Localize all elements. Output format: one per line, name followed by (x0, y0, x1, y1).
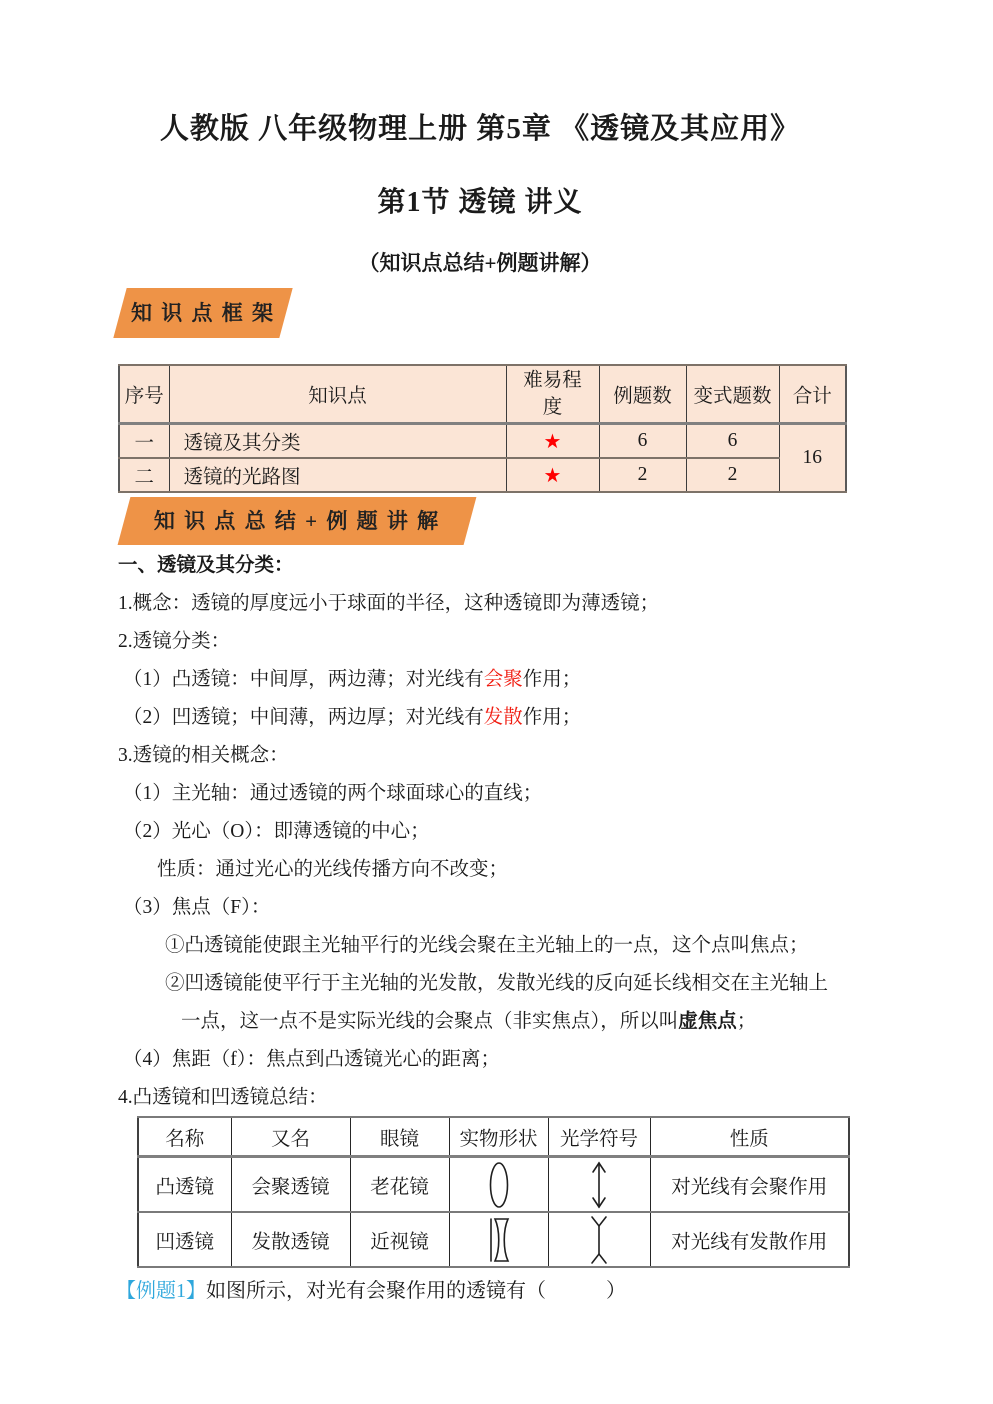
table-header-row: 序号 知识点 难易程度 例题数 变式题数 合计 (119, 365, 846, 424)
text-segment: 4.凸透镜和凹透镜总结： (118, 1081, 328, 1109)
row-examples: 6 (599, 424, 686, 459)
lens-property: 对光线有会聚作用 (650, 1157, 849, 1213)
row-variants: 6 (686, 424, 779, 459)
lens-glasses: 老花镜 (350, 1157, 449, 1213)
lens-name: 凹透镜 (138, 1212, 231, 1267)
body-line-13: 一点，这一点不是实际光线的会聚点（非实焦点），所以叫虚焦点； (118, 1000, 858, 1038)
column-header-examples: 例题数 (599, 365, 686, 424)
body-line-6: 3.透镜的相关概念： (118, 734, 858, 772)
lens-glasses: 近视镜 (350, 1212, 449, 1267)
text-segment: 1.概念：透镜的厚度远小于球面的半径，这种透镜即为薄透镜； (118, 587, 659, 615)
column-header-difficulty: 难易程度 (506, 365, 599, 424)
highlight-red-text: 发散 (484, 701, 523, 729)
knowledge-framework-banner-label: 知 识 点 框 架 (120, 288, 286, 338)
text-segment: 作用； (523, 701, 582, 729)
text-segment: （4）焦距（f）：焦点到凸透镜光心的距离； (123, 1043, 500, 1071)
body-line-14: （4）焦距（f）：焦点到凸透镜光心的距离； (118, 1038, 858, 1076)
example-text: 如图所示，对光有会聚作用的透镜有（ ） (206, 1274, 626, 1303)
column-header-index: 序号 (119, 365, 169, 424)
highlight-red-text: 会聚 (484, 663, 523, 691)
body-line-7: （1）主光轴：通过透镜的两个球面球心的直线； (118, 772, 858, 810)
text-segment: （1）凸透镜：中间厚，两边薄；对光线有 (123, 663, 484, 691)
column-header-property: 性质 (650, 1117, 849, 1157)
text-segment: （2）凹透镜；中间薄，两边厚；对光线有 (123, 701, 484, 729)
text-segment: （2）光心（O）：即薄透镜的中心； (123, 815, 430, 843)
body-line-8: （2）光心（O）：即薄透镜的中心； (118, 810, 858, 848)
lens-name: 凸透镜 (138, 1157, 231, 1213)
column-header-variants: 变式题数 (686, 365, 779, 424)
text-segment: （1）主光轴：通过透镜的两个球面球心的直线； (123, 777, 542, 805)
row-index: 一 (119, 424, 169, 459)
text-segment: ； (737, 1005, 757, 1033)
row-index: 二 (119, 458, 169, 492)
total-count: 16 (779, 424, 846, 493)
body-line-4: （1）凸透镜：中间厚，两边薄；对光线有会聚作用； (118, 658, 858, 696)
knowledge-framework-banner: 知 识 点 框 架 (120, 288, 286, 338)
text-segment: 性质：通过光心的光线传播方向不改变； (157, 853, 508, 881)
knowledge-notes: 一、透镜及其分类：1.概念：透镜的厚度远小于球面的半径，这种透镜即为薄透镜；2.… (118, 544, 858, 1114)
convex-lens-symbol-icon (549, 1160, 650, 1210)
row-topic: 透镜及其分类 (169, 424, 506, 459)
knowledge-summary-banner-label: 知 识 点 总 结 + 例 题 讲 解 (124, 497, 470, 545)
convex-lens-shape-icon (450, 1160, 548, 1210)
column-header-glasses: 眼镜 (350, 1117, 449, 1157)
table-row: 凹透镜 发散透镜 近视镜 对光线有发散作用 (138, 1212, 849, 1267)
star-icon: ★ (506, 424, 599, 459)
text-segment: ①凸透镜能使跟主光轴平行的光线会聚在主光轴上的一点，这个点叫焦点； (165, 929, 809, 957)
lens-alias: 发散透镜 (231, 1212, 350, 1267)
text-segment: 3.透镜的相关概念： (118, 739, 289, 767)
body-line-15: 4.凸透镜和凹透镜总结： (118, 1076, 858, 1114)
concave-lens-shape-icon (450, 1215, 548, 1265)
body-line-2: 1.概念：透镜的厚度远小于球面的半径，这种透镜即为薄透镜； (118, 582, 858, 620)
column-header-total: 合计 (779, 365, 846, 424)
body-line-5: （2）凹透镜；中间薄，两边厚；对光线有发散作用； (118, 696, 858, 734)
text-segment: ②凹透镜能使平行于主光轴的光发散，发散光线的反向延长线相交在主光轴上 (165, 967, 828, 995)
section-title: 第1节 透镜 讲义 (0, 180, 960, 220)
column-header-symbol: 光学符号 (548, 1117, 650, 1157)
text-segment: 2.透镜分类： (118, 625, 230, 653)
lens-summary-table: 名称 又名 眼镜 实物形状 光学符号 性质 凸透镜 会聚透镜 老花镜 (137, 1116, 850, 1268)
column-header-shape: 实物形状 (449, 1117, 548, 1157)
text-segment: 一点，这一点不是实际光线的会聚点（非实焦点），所以叫 (181, 1005, 678, 1033)
text-segment: 一、透镜及其分类： (118, 549, 294, 577)
column-header-topic: 知识点 (169, 365, 506, 424)
lens-property: 对光线有发散作用 (650, 1212, 849, 1267)
column-header-name: 名称 (138, 1117, 231, 1157)
table-header-row: 名称 又名 眼镜 实物形状 光学符号 性质 (138, 1117, 849, 1157)
body-line-9: 性质：通过光心的光线传播方向不改变； (118, 848, 858, 886)
body-line-11: ①凸透镜能使跟主光轴平行的光线会聚在主光轴上的一点，这个点叫焦点； (118, 924, 858, 962)
row-examples: 2 (599, 458, 686, 492)
document-title: 人教版 八年级物理上册 第5章 《透镜及其应用》 (0, 106, 960, 147)
knowledge-framework-table: 序号 知识点 难易程度 例题数 变式题数 合计 一 透镜及其分类 ★ 6 6 1… (118, 364, 847, 493)
document-subtitle: （知识点总结+例题讲解） (0, 247, 960, 277)
text-segment: 作用； (523, 663, 582, 691)
column-header-alias: 又名 (231, 1117, 350, 1157)
table-row: 二 透镜的光路图 ★ 2 2 (119, 458, 846, 492)
body-line-10: （3）焦点（F）： (118, 886, 858, 924)
row-variants: 2 (686, 458, 779, 492)
text-segment: （3）焦点（F）： (123, 891, 270, 919)
example-question: 【例题1】如图所示，对光有会聚作用的透镜有（ ） (116, 1270, 626, 1306)
body-line-3: 2.透镜分类： (118, 620, 858, 658)
row-topic: 透镜的光路图 (169, 458, 506, 492)
knowledge-summary-banner: 知 识 点 总 结 + 例 题 讲 解 (124, 497, 470, 545)
bold-emphasis-text: 虚焦点 (678, 1005, 737, 1033)
body-line-12: ②凹透镜能使平行于主光轴的光发散，发散光线的反向延长线相交在主光轴上 (118, 962, 858, 1000)
table-row: 凸透镜 会聚透镜 老花镜 对光线有会聚作用 (138, 1157, 849, 1213)
concave-lens-symbol-icon (549, 1215, 650, 1265)
document-page: 人教版 八年级物理上册 第5章 《透镜及其应用》 第1节 透镜 讲义 （知识点总… (0, 0, 993, 1404)
body-line-1: 一、透镜及其分类： (118, 544, 858, 582)
example-label: 【例题1】 (116, 1274, 206, 1303)
lens-alias: 会聚透镜 (231, 1157, 350, 1213)
star-icon: ★ (506, 458, 599, 492)
table-row: 一 透镜及其分类 ★ 6 6 16 (119, 424, 846, 459)
